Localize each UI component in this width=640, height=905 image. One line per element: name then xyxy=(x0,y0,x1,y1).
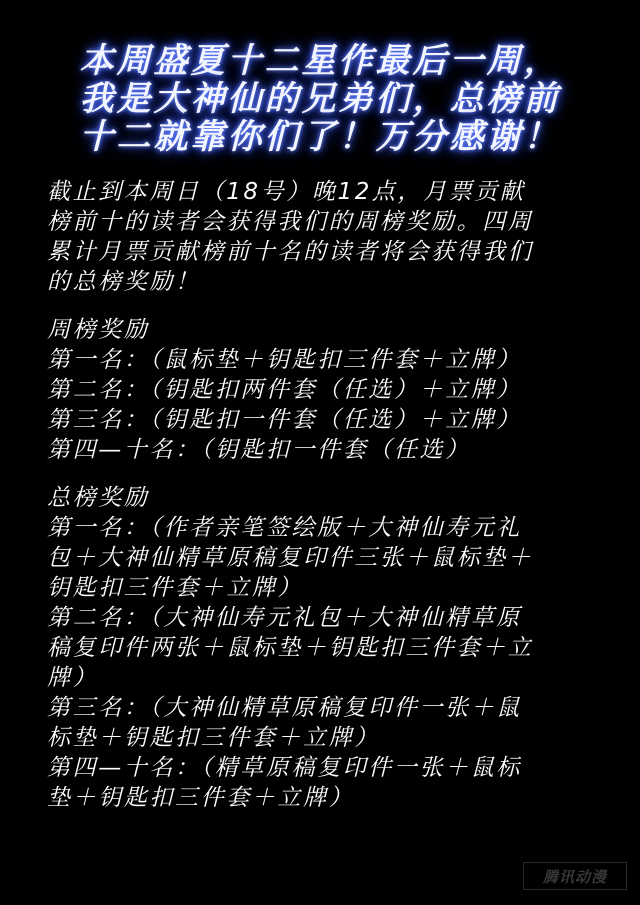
overall-reward-line: 第二名：（大神仙寿元礼包＋大神仙精草原 xyxy=(47,603,607,633)
overall-reward-line: 第三名：（大神仙精草原稿复印件一张＋鼠 xyxy=(47,693,607,723)
weekly-reward-line: 第四—十名：（钥匙扣一件套（任选） xyxy=(47,435,607,465)
intro-line: 的总榜奖励！ xyxy=(47,267,607,297)
overall-rewards-title: 总榜奖励 xyxy=(47,483,607,513)
overall-reward-line: 牌） xyxy=(47,663,607,693)
overall-reward-line: 标垫＋钥匙扣三件套＋立牌） xyxy=(47,723,607,753)
overall-reward-line: 第四—十名：（精草原稿复印件一张＋鼠标 xyxy=(47,753,607,783)
spacer xyxy=(47,297,607,315)
weekly-reward-line: 第二名：（钥匙扣两件套（任选）＋立牌） xyxy=(47,375,607,405)
overall-reward-line: 第一名：（作者亲笔签绘版＋大神仙寿元礼 xyxy=(47,513,607,543)
intro-line: 榜前十的读者会获得我们的周榜奖励。四周 xyxy=(47,207,607,237)
intro-line: 累计月票贡献榜前十名的读者将会获得我们 xyxy=(47,237,607,267)
overall-reward-line: 钥匙扣三件套＋立牌） xyxy=(47,573,607,603)
announcement-body: 截止到本周日（18号）晚12点，月票贡献 榜前十的读者会获得我们的周榜奖励。四周… xyxy=(47,177,607,813)
weekly-rewards-title: 周榜奖励 xyxy=(47,315,607,345)
weekly-reward-line: 第三名：（钥匙扣一件套（任选）＋立牌） xyxy=(47,405,607,435)
watermark-logo: 腾讯动漫 xyxy=(523,862,627,890)
overall-reward-line: 稿复印件两张＋鼠标垫＋钥匙扣三件套＋立 xyxy=(47,633,607,663)
headline-line: 我是大神仙的兄弟们，总榜前 xyxy=(0,80,640,118)
overall-reward-line: 垫＋钥匙扣三件套＋立牌） xyxy=(47,783,607,813)
overall-reward-line: 包＋大神仙精草原稿复印件三张＋鼠标垫＋ xyxy=(47,543,607,573)
headline: 本周盛夏十二星作最后一周， 我是大神仙的兄弟们，总榜前 十二就靠你们了！万分感谢… xyxy=(0,42,640,156)
weekly-reward-line: 第一名：（鼠标垫＋钥匙扣三件套＋立牌） xyxy=(47,345,607,375)
spacer xyxy=(47,465,607,483)
intro-line: 截止到本周日（18号）晚12点，月票贡献 xyxy=(47,177,607,207)
headline-line: 本周盛夏十二星作最后一周， xyxy=(0,42,640,80)
headline-line: 十二就靠你们了！万分感谢！ xyxy=(0,118,640,156)
